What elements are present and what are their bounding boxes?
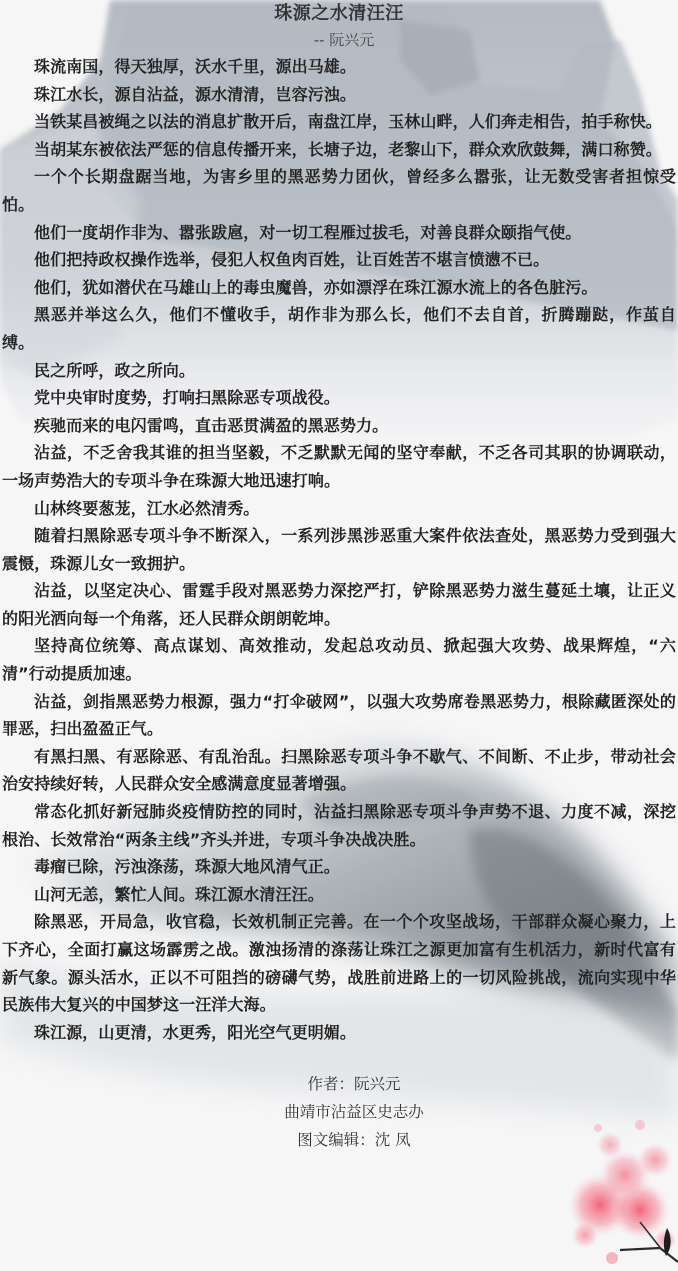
editor-credit: 图文编辑：沈 凤 — [32, 1126, 676, 1154]
paragraph: 沾益，剑指黑恶势力根源，强力“打伞破网”，以强大攻势席卷黑恶势力，根除藏匿深处的… — [2, 688, 676, 743]
paragraph: 除黑恶，开局急，收官稳，长效机制正完善。在一个个攻坚战场，干部群众凝心聚力，上下… — [2, 908, 676, 1018]
paragraph: 有黑扫黑、有恶除恶、有乱治乱。扫黑除恶专项斗争不歇气、不间断、不止步，带动社会治… — [2, 743, 676, 798]
paragraph: 民之所呼，政之所向。 — [2, 357, 676, 385]
author-credit: 作者：阮兴元 — [32, 1070, 676, 1098]
organization-credit: 曲靖市沾益区史志办 — [32, 1098, 676, 1126]
paragraph: 山林终要葱茏，江水必然清秀。 — [2, 495, 676, 523]
article-byline: -- 阮兴元 — [2, 27, 676, 53]
paragraph: 疾驰而来的电闪雷鸣，直击恶贯满盈的黑恶势力。 — [2, 412, 676, 440]
paragraph: 山河无恙，繁忙人间。珠江源水清汪汪。 — [2, 881, 676, 909]
article-body: 珠流南国，得天独厚，沃水千里，源出马雄。 珠江水长，源自沾益，源水清清，岂容污浊… — [2, 53, 676, 1046]
paragraph: 当胡某东被依法严惩的信息传播开来，长塘子边，老黎山下，群众欢欣鼓舞，满口称赞。 — [2, 136, 676, 164]
paragraph: 珠江水长，源自沾益，源水清清，岂容污浊。 — [2, 81, 676, 109]
paragraph: 沾益，以坚定决心、雷霆手段对黑恶势力深挖严打，铲除黑恶势力滋生蔓延土壤，让正义的… — [2, 577, 676, 632]
paragraph: 黑恶并举这么久，他们不懂收手，胡作非为那么长，他们不去自首，折腾蹦跶，作茧自缚。 — [2, 301, 676, 356]
paragraph: 他们一度胡作非为、嚣张跋扈，对一切工程雁过拔毛，对善良群众颐指气使。 — [2, 219, 676, 247]
article-credits: 作者：阮兴元 曲靖市沾益区史志办 图文编辑：沈 凤 — [2, 1070, 676, 1154]
paragraph: 沾益，不乏舍我其谁的担当坚毅，不乏默默无闻的坚守奉献，不乏各司其职的协调联动，一… — [2, 439, 676, 494]
article-title: 珠源之水清汪汪 — [2, 0, 676, 27]
paragraph: 随着扫黑除恶专项斗争不断深入，一系列涉黑涉恶重大案件依法查处，黑恶势力受到强大震… — [2, 522, 676, 577]
paragraph: 他们把持政权操作选举，侵犯人权鱼肉百姓，让百姓苦不堪言愤懑不已。 — [2, 246, 676, 274]
paragraph: 常态化抓好新冠肺炎疫情防控的同时，沾益扫黑除恶专项斗争声势不退、力度不减，深挖根… — [2, 798, 676, 853]
paragraph: 当铁某昌被绳之以法的消息扩散开后，南盘江岸，玉林山畔，人们奔走相告，拍手称快。 — [2, 108, 676, 136]
paragraph: 他们，犹如潜伏在马雄山上的毒虫魔兽，亦如漂浮在珠江源水流上的各色脏污。 — [2, 274, 676, 302]
paragraph: 毒瘤已除，污浊涤荡，珠源大地风清气正。 — [2, 853, 676, 881]
paragraph: 珠流南国，得天独厚，沃水千里，源出马雄。 — [2, 53, 676, 81]
article: 珠源之水清汪汪 -- 阮兴元 珠流南国，得天独厚，沃水千里，源出马雄。 珠江水长… — [0, 0, 678, 1154]
paragraph: 党中央审时度势，打响扫黑除恶专项战役。 — [2, 384, 676, 412]
paragraph: 坚持高位统筹、高点谋划、高效推动，发起总攻动员、掀起强大攻势、战果辉煌，“六清”… — [2, 632, 676, 687]
paragraph: 一个个长期盘踞当地，为害乡里的黑恶势力团伙，曾经多么嚣张，让无数受害者担惊受怕。 — [2, 163, 676, 218]
paragraph: 珠江源，山更清，水更秀，阳光空气更明媚。 — [2, 1019, 676, 1047]
